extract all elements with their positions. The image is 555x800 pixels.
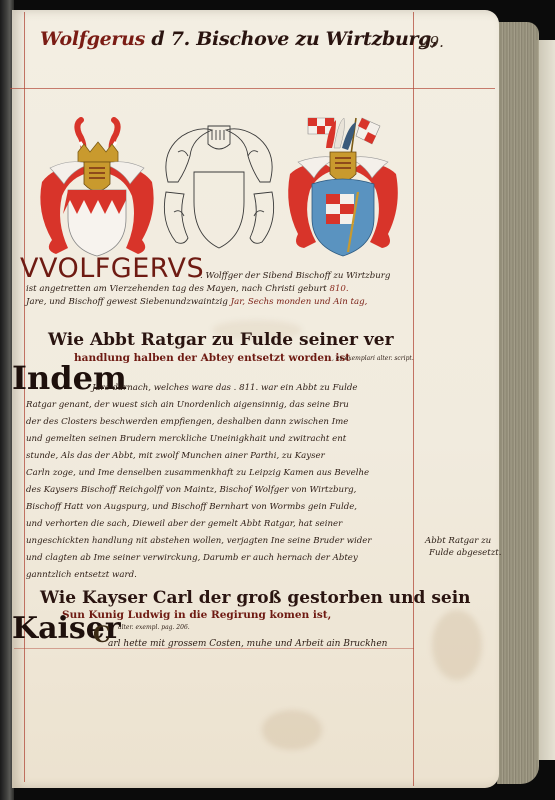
- body-line: Jare darnach, welches ware das . 811. wa…: [92, 384, 357, 393]
- header-rule: [10, 88, 495, 89]
- coat-of-arms-blank-outline: [158, 112, 280, 262]
- body-line: Carln zoge, und Ime denselben zusammenkh…: [26, 469, 369, 478]
- reference-note-karl: alter. exempl. pag. 206.: [118, 625, 190, 631]
- body-line: des Kaysers Bischoff Reichgolff von Main…: [26, 486, 356, 495]
- running-head-ordinal: d 7.: [151, 28, 190, 50]
- section-heading-ratgar: Wie Abbt Ratgar zu Fulde seiner ver: [48, 330, 394, 350]
- right-text-rule: [413, 12, 414, 786]
- body-line: ungeschickten handlung nit abstehen woll…: [26, 537, 371, 546]
- entry-line-3: Jare, und Bischoff gewest Siebenundzwain…: [26, 298, 367, 307]
- entry-year: 810.: [330, 284, 349, 294]
- running-head-title: Bischove zu Wirtzburg,: [196, 28, 437, 50]
- coat-of-arms-wolfger: [282, 112, 404, 262]
- margin-note: Abbt Ratgar zu Fulde abgesetzt.: [425, 535, 505, 559]
- body-line: stunde, Als das der Abbt, mit zwolf Munc…: [26, 452, 325, 461]
- body-line: Bischoff Hatt von Augspurg, und Bischoff…: [26, 503, 357, 512]
- folio-number: 29.: [420, 33, 444, 51]
- page-edge-stack: [497, 22, 539, 784]
- stain: [432, 610, 482, 680]
- body-line: und verhorten die sach, Dieweil aber der…: [26, 520, 342, 529]
- entry-line-1: . Wolffger der Sibend Bischoff zu Wirtzb…: [200, 272, 390, 281]
- coat-of-arms-wurzburg: [36, 112, 158, 262]
- body-line: und gemelten seinen Brudern merckliche U…: [26, 435, 346, 444]
- section-heading-karl: Wie Kayser Carl der groß gestorben und s…: [40, 588, 471, 608]
- body-line: und clagten ab Ime seiner verwirckung, D…: [26, 554, 358, 563]
- stain: [262, 710, 322, 750]
- body-line: arl hette mit grossem Costen, muhe und A…: [108, 640, 387, 649]
- entry-line-2: ist angetretten am Vierzehenden tag des …: [26, 285, 349, 294]
- reference-note-ratgar: , ex exemplari alter. script.: [332, 356, 414, 362]
- running-head: Wolfgerus d 7. Bischove zu Wirtzburg,: [40, 28, 400, 50]
- running-head-name: Wolfgerus: [40, 28, 145, 50]
- body-line: ganntzlich entsetzt ward.: [26, 571, 137, 580]
- entry-name-capitals: VVOLFGERVS: [20, 253, 204, 284]
- body-line: der des Closters beschwerden empfiengen,…: [26, 418, 348, 427]
- body-line: Ratgar genant, der wuest sich ain Unorde…: [26, 401, 349, 410]
- left-margin-rule: [24, 12, 25, 782]
